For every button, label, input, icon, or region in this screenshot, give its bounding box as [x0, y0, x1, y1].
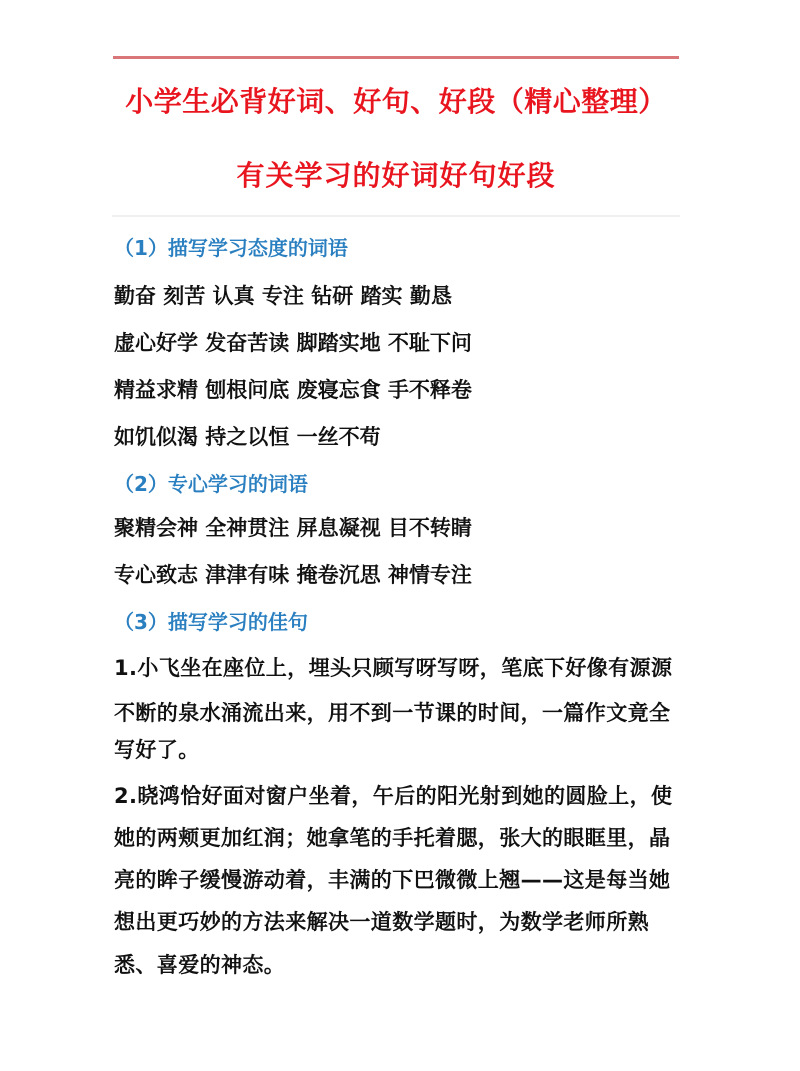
word-row: 勤奋 刻苦 认真 专注 钻研 踏实 勤恳: [114, 281, 452, 311]
page-title: 小学生必背好词、好句、好段（精心整理）: [100, 84, 692, 120]
section-heading-attitude-words: （1）描写学习态度的词语: [114, 233, 348, 263]
paragraph-line: 她的两颊更加红润；她拿笔的手托着腮，张大的眼眶里，晶: [114, 823, 680, 853]
section-heading-focus-words: （2）专心学习的词语: [114, 469, 308, 499]
section-heading-good-sentences: （3）描写学习的佳句: [114, 607, 308, 637]
paragraph-line: 想出更巧妙的方法来解决一道数学题时，为数学老师所熟: [114, 907, 680, 937]
word-row: 虚心好学 发奋苦读 脚踏实地 不耻下问: [114, 328, 472, 358]
paragraph-line: 不断的泉水涌流出来，用不到一节课的时间，一篇作文竟全: [114, 698, 680, 728]
paragraph-line: 写好了。: [114, 735, 680, 765]
word-row: 专心致志 津津有味 掩卷沉思 神情专注: [114, 560, 472, 590]
paragraph-line: 1.小飞坐在座位上，埋头只顾写呀写呀，笔底下好像有源源: [114, 653, 680, 683]
word-row: 聚精会神 全神贯注 屏息凝视 目不转睛: [114, 513, 472, 543]
page-subtitle: 有关学习的好词好句好段: [100, 158, 692, 194]
top-rule: [113, 56, 679, 59]
paragraph-line: 悉、喜爱的神态。: [114, 950, 680, 980]
paragraph-line: 亮的眸子缓慢游动着，丰满的下巴微微上翘——这是每当她: [114, 865, 680, 895]
paragraph-line: 2.晓鸿恰好面对窗户坐着，午后的阳光射到她的圆脸上，使: [114, 781, 680, 811]
word-row: 精益求精 刨根问底 废寝忘食 手不释卷: [114, 375, 472, 405]
word-row: 如饥似渴 持之以恒 一丝不苟: [114, 422, 381, 452]
title-divider: [112, 215, 680, 217]
